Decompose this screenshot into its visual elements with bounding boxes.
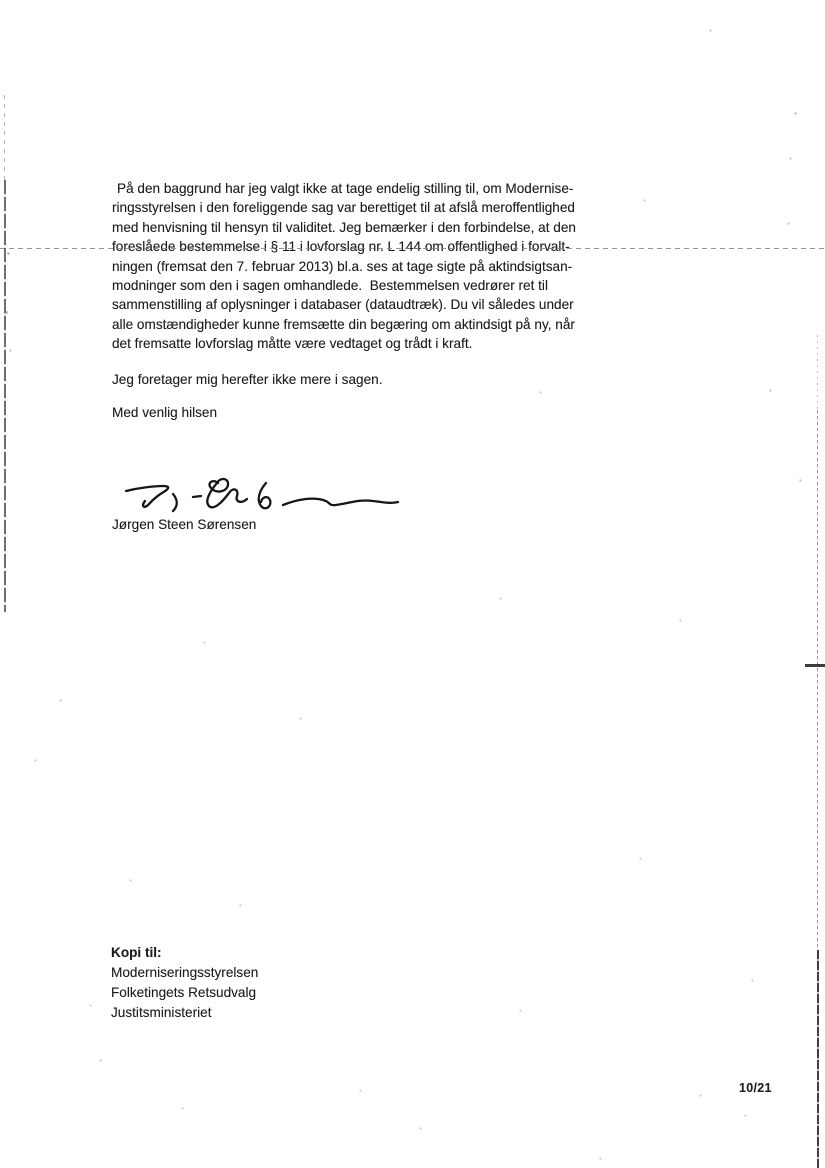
scan-right-edge-dash-mark — [805, 664, 825, 667]
letter-closing-paragraph: Jeg foretager mig herefter ikke mere i s… — [112, 370, 383, 389]
scan-right-edge-line-faint — [817, 335, 818, 410]
closing-line: Jeg foretager mig herefter ikke mere i s… — [112, 370, 383, 389]
signature-scribble — [118, 472, 413, 520]
signer-name: Jørgen Steen Sørensen — [112, 515, 256, 534]
body-line: foreslåede bestemmelse i § 11 i lovforsl… — [112, 237, 576, 256]
salutation-line: Med venlig hilsen — [112, 403, 217, 422]
letter-salutation: Med venlig hilsen — [112, 403, 217, 422]
body-line: ningen (fremsat den 7. februar 2013) bl.… — [112, 257, 576, 276]
body-line: med henvisning til hensyn til validitet.… — [112, 218, 576, 237]
scan-left-edge-line — [4, 180, 6, 612]
copy-to-section: Kopi til: Moderniseringsstyrelsen Folket… — [111, 943, 258, 1023]
letter-body-paragraph: På den baggrund har jeg valgt ikke at ta… — [112, 179, 576, 354]
body-line: På den baggrund har jeg valgt ikke at ta… — [112, 179, 576, 198]
scanned-letter-page: På den baggrund har jeg valgt ikke at ta… — [0, 0, 825, 1168]
scan-right-edge-line-dark — [817, 950, 819, 1168]
scan-noise-speckles — [0, 0, 1, 1]
body-line: alle omstændigheder kunne fremsætte din … — [112, 315, 576, 334]
scan-horizontal-dashed-line — [0, 248, 825, 249]
copy-recipient: Folketingets Retsudvalg — [111, 983, 258, 1003]
scan-left-edge-line-faint — [4, 95, 5, 180]
body-line: det fremsatte lovforslag måtte være vedt… — [112, 334, 576, 353]
body-line: ringsstyrelsen i den foreliggende sag va… — [112, 198, 576, 217]
scan-right-edge-line — [817, 410, 818, 950]
body-line: sammenstilling af oplysninger i database… — [112, 295, 576, 314]
copy-recipient: Justitsministeriet — [111, 1003, 258, 1023]
copy-to-heading: Kopi til: — [111, 943, 258, 963]
body-line: modninger som den i sagen omhandlede. Be… — [112, 276, 576, 295]
page-number: 10/21 — [739, 1081, 772, 1095]
copy-recipient: Moderniseringsstyrelsen — [111, 963, 258, 983]
signer-name-text: Jørgen Steen Sørensen — [112, 515, 256, 534]
